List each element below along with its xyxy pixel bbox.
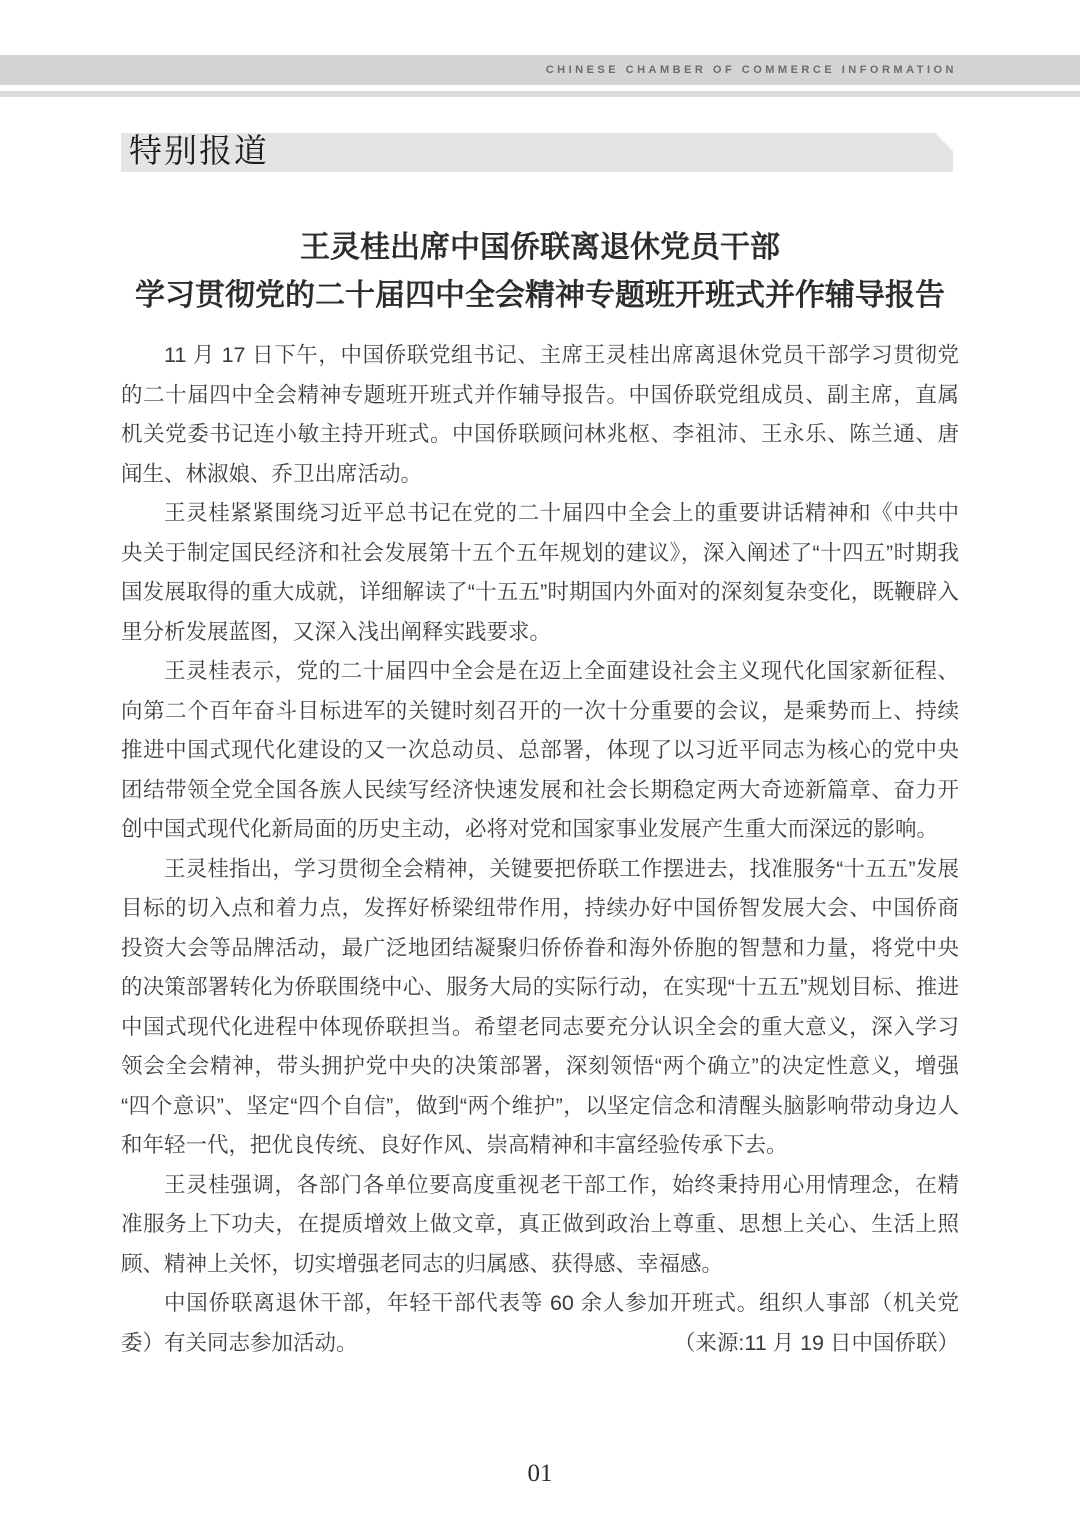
closing-paragraph: 中国侨联离退休干部，年轻干部代表等 60 余人参加开班式。组织人事部（机关党委）… [121, 1284, 959, 1363]
page-number: 01 [0, 1460, 1080, 1488]
header-banner-text: CHINESE CHAMBER OF COMMERCE INFORMATION [546, 64, 957, 76]
source-attribution: （来源:11 月 19 日中国侨联） [674, 1324, 959, 1364]
article: 王灵桂出席中国侨联离退休党员干部 学习贯彻党的二十届四中全会精神专题班开班式并作… [0, 224, 1080, 1363]
paragraph-5: 王灵桂强调，各部门各单位要高度重视老干部工作，始终秉持用心用情理念，在精准服务上… [121, 1166, 959, 1285]
article-title: 王灵桂出席中国侨联离退休党员干部 学习贯彻党的二十届四中全会精神专题班开班式并作… [121, 224, 959, 320]
header-banner-bar: CHINESE CHAMBER OF COMMERCE INFORMATION [0, 55, 1080, 85]
section-label: 特别报道 [129, 133, 269, 172]
paragraph-1: 11 月 17 日下午，中国侨联党组书记、主席王灵桂出席离退休党员干部学习贯彻党… [121, 336, 959, 494]
paragraph-3: 王灵桂表示，党的二十届四中全会是在迈上全面建设社会主义现代化国家新征程、向第二个… [121, 652, 959, 850]
paragraph-4: 王灵桂指出，学习贯彻全会精神，关键要把侨联工作摆进去，找准服务“十五五”发展目标… [121, 850, 959, 1166]
paragraph-2: 王灵桂紧紧围绕习近平总书记在党的二十届四中全会上的重要讲话精神和《中共中央关于制… [121, 494, 959, 652]
article-title-line-2: 学习贯彻党的二十届四中全会精神专题班开班式并作辅导报告 [121, 272, 959, 320]
article-title-line-1: 王灵桂出席中国侨联离退休党员干部 [121, 224, 959, 272]
header-rule [0, 91, 1080, 97]
article-body: 11 月 17 日下午，中国侨联党组书记、主席王灵桂出席离退休党员干部学习贯彻党… [121, 336, 959, 1363]
page-header: CHINESE CHAMBER OF COMMERCE INFORMATION [0, 55, 1080, 97]
section-header: 特别报道 [121, 133, 953, 172]
